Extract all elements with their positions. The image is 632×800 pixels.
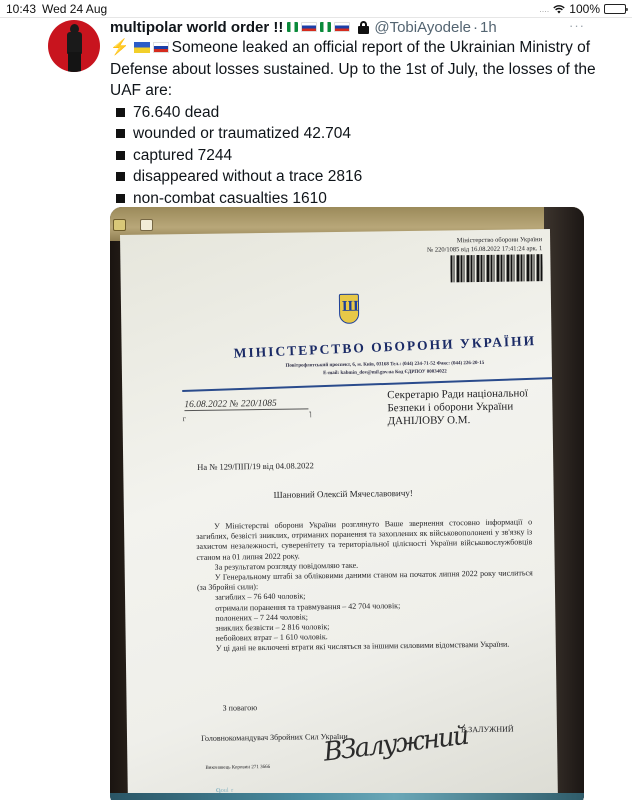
signer-name: В.ЗАЛУЖНИЙ bbox=[461, 725, 514, 735]
nigeria-flag-icon bbox=[287, 22, 298, 32]
addressee: Секретарю Ради національної Безпеки і об… bbox=[387, 387, 528, 428]
silhouette-body bbox=[67, 32, 82, 54]
display-name[interactable]: multipolar world order !! bbox=[110, 19, 283, 36]
russia-flag-icon bbox=[301, 22, 317, 32]
ministry-title: МІНІСТЕРСТВО ОБОРОНИ УКРАЇНИ bbox=[233, 333, 536, 362]
list-item: disappeared without a trace 2816 bbox=[110, 166, 610, 188]
square-bullet-icon bbox=[116, 172, 125, 181]
fit-screen-icon bbox=[140, 219, 153, 231]
russia-flag-icon bbox=[334, 22, 350, 32]
russia-flag-icon bbox=[153, 42, 169, 53]
square-bullet-icon bbox=[116, 108, 125, 117]
signature: ВЗалужний bbox=[322, 721, 469, 768]
closing: З повагою bbox=[223, 703, 258, 712]
barcode-icon bbox=[450, 254, 542, 282]
status-time: 10:43 bbox=[6, 2, 36, 16]
nigeria-flag-icon bbox=[320, 22, 331, 32]
wifi-icon bbox=[553, 5, 565, 14]
signal-icon: .... bbox=[539, 4, 549, 14]
name-flags bbox=[287, 22, 350, 32]
bracket-right: ˥ bbox=[308, 410, 311, 419]
scanned-letter: Міністерство оборони України № 220/1085 … bbox=[120, 229, 558, 800]
square-bullet-icon bbox=[116, 151, 125, 160]
list-item: non-combat casualties 1610 bbox=[110, 188, 610, 210]
list-item: 76.640 dead bbox=[110, 102, 610, 124]
ministry-address: Повітрофлотський проспект, 6, м. Київ, 0… bbox=[270, 360, 500, 379]
status-bar: 10:43 Wed 24 Aug .... 100% bbox=[0, 0, 632, 17]
annotate-icon bbox=[113, 219, 126, 231]
list-item: captured 7244 bbox=[110, 145, 610, 167]
avatar[interactable] bbox=[48, 20, 100, 72]
tweet-body-text: Someone leaked an official report of the… bbox=[110, 39, 596, 99]
letter-body: У Міністерстві оборони України розглянут… bbox=[196, 517, 534, 654]
battery-percent: 100% bbox=[569, 2, 600, 16]
tweet-header: multipolar world order !! @TobiAyodele ·… bbox=[110, 17, 497, 37]
executor-line: Виконавець Коровин 271 3666 bbox=[205, 765, 270, 771]
more-options-icon[interactable]: ··· bbox=[569, 18, 585, 33]
silhouette-legs bbox=[68, 52, 81, 72]
ukraine-flag-icon bbox=[134, 42, 150, 53]
status-date: Wed 24 Aug bbox=[42, 2, 107, 16]
status-right: .... 100% bbox=[539, 2, 626, 16]
registration-stamp: Міністерство оборони України № 220/1085 … bbox=[410, 235, 542, 255]
lightning-icon: ⚡ bbox=[110, 39, 129, 56]
incoming-reference: На № 129/ПІП/19 від 04.08.2022 bbox=[197, 460, 314, 472]
outgoing-reference: 16.08.2022 № 220/1085 bbox=[184, 398, 308, 411]
tweet-text: ⚡ Someone leaked an official report of t… bbox=[110, 37, 610, 209]
lock-icon bbox=[358, 21, 369, 34]
separator-dot: · bbox=[473, 19, 478, 36]
tweet-time[interactable]: 1h bbox=[480, 19, 497, 36]
coat-of-arms-icon bbox=[339, 294, 359, 324]
battery-icon bbox=[604, 4, 626, 14]
desktop-taskbar bbox=[110, 793, 584, 800]
square-bullet-icon bbox=[116, 129, 125, 138]
salutation: Шановний Олексій Мячеславовичу! bbox=[274, 488, 413, 500]
square-bullet-icon bbox=[116, 194, 125, 203]
loss-list: 76.640 dead wounded or traumatized 42.70… bbox=[110, 102, 610, 210]
user-handle[interactable]: @TobiAyodele bbox=[374, 19, 471, 36]
list-item: wounded or traumatized 42.704 bbox=[110, 123, 610, 145]
tweet-body: ⚡ Someone leaked an official report of t… bbox=[110, 37, 610, 102]
bracket-left: г bbox=[183, 414, 186, 423]
letter-loss-list: загиблих – 76 640 чоловік; отримали пора… bbox=[197, 589, 534, 645]
tweet-media-photo[interactable]: Міністерство оборони України № 220/1085 … bbox=[110, 207, 584, 800]
